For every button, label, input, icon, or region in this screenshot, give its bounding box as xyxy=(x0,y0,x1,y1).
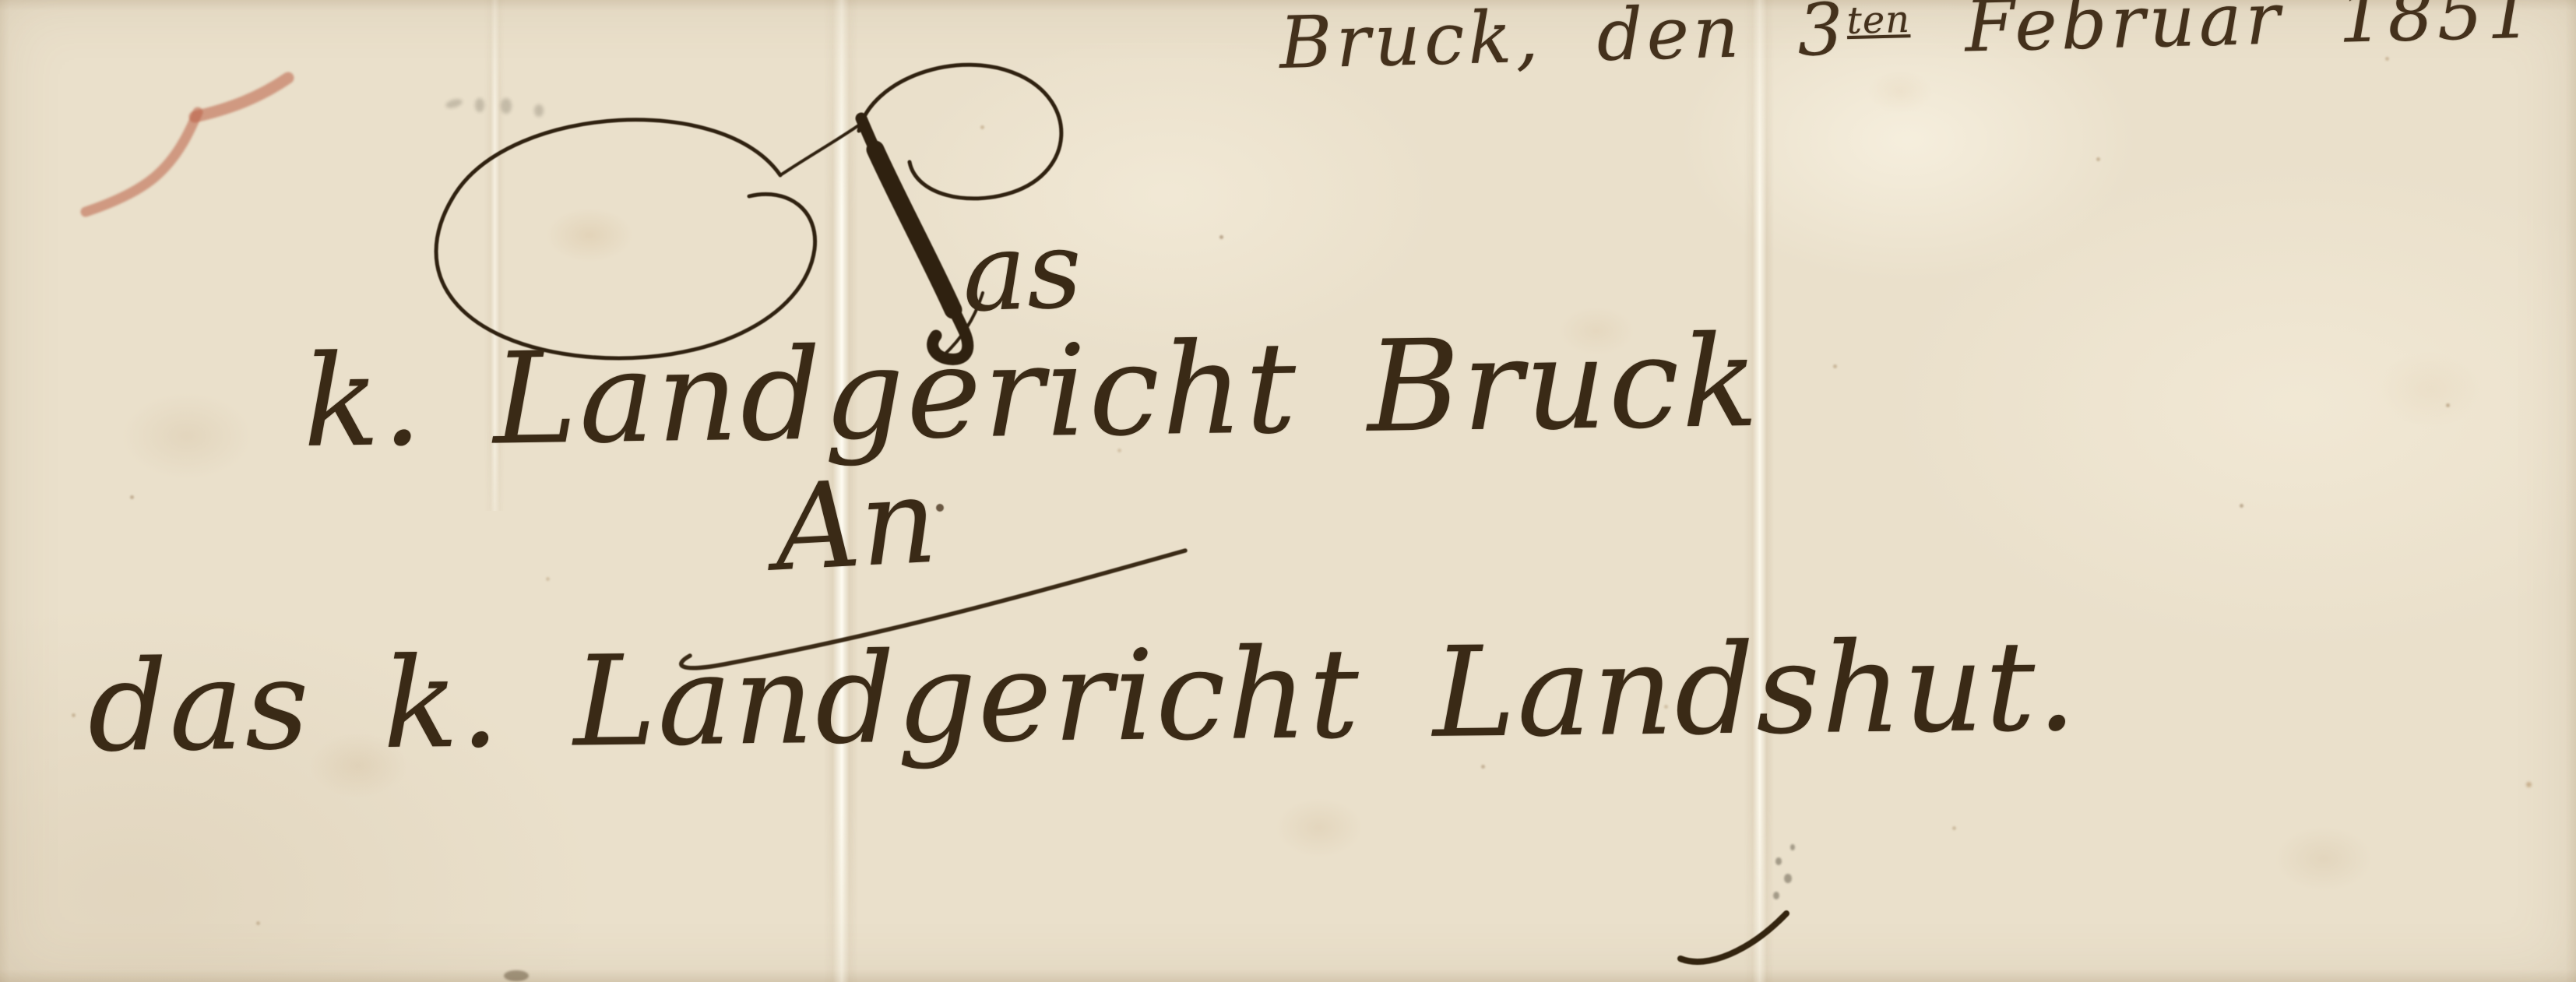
fold-crease-right xyxy=(1744,0,1774,982)
letter-paper: Bruck, den 3ten Februar 1851 D as k. Lan… xyxy=(0,0,2576,982)
dateline: Bruck, den 3ten Februar 1851 xyxy=(1279,0,2537,79)
recipient-line: das k. Landgericht Landshut. xyxy=(87,624,2078,769)
ink-dot xyxy=(936,504,944,512)
red-crayon-mark xyxy=(86,78,288,212)
paper-speckles xyxy=(0,0,2,2)
fold-smudge xyxy=(1773,844,1795,899)
direction-word: An xyxy=(772,462,939,589)
dateline-suffix: Februar 1851 xyxy=(1909,0,2537,69)
ink-flourish-layer xyxy=(0,0,2576,982)
ink-swoosh-mark xyxy=(1680,913,1786,962)
bottom-edge-smudge xyxy=(504,970,529,981)
dateline-prefix: Bruck, den 3 xyxy=(1279,0,1848,85)
sender-line: k. Landgericht Bruck xyxy=(302,319,1761,466)
dateline-superscript: ten xyxy=(1846,0,1911,43)
salutation-rest: as xyxy=(961,216,1084,327)
